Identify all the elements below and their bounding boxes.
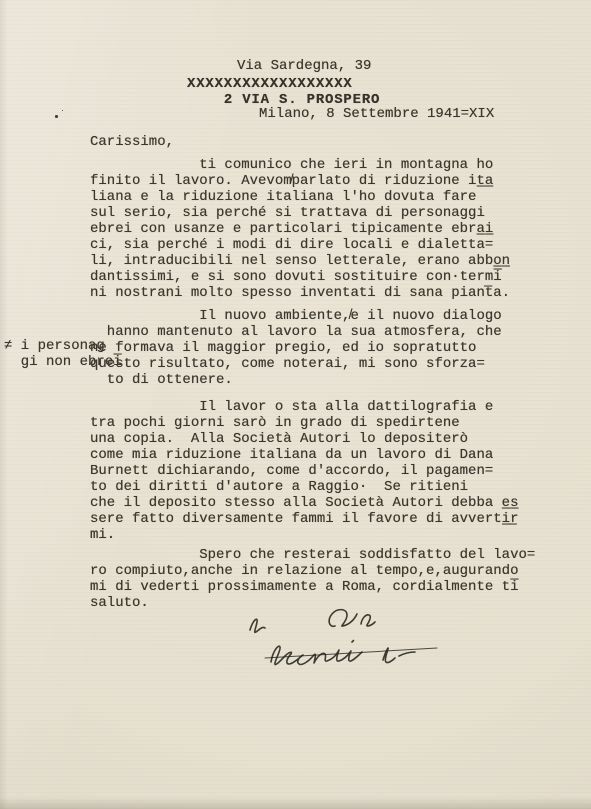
paragraph-3: Il lavor o sta alla dattilografia e tra … bbox=[90, 399, 518, 543]
signature-accent-dot bbox=[352, 641, 354, 643]
dateline: Milano, 8 Settembre 1941=XIX bbox=[259, 106, 494, 122]
paragraph-1: ti comunico che ieri in montagna ho fini… bbox=[90, 157, 510, 301]
signature-stroke-1 bbox=[250, 619, 265, 632]
signature bbox=[235, 598, 450, 683]
sender-address: Via Sardegna, 39 bbox=[237, 58, 371, 74]
letter-page: Via Sardegna, 39 2 VIA S. PROSPERO XXXXX… bbox=[0, 0, 591, 809]
paragraph-2: Il nuovo ambiente,̸e il nuovo dialogo ha… bbox=[90, 308, 502, 388]
ink-speck bbox=[55, 115, 58, 118]
crossout-x-overlay: XXXXXXXXXXXXXXXXXX bbox=[187, 76, 353, 92]
salutation: Carissimo, bbox=[90, 134, 174, 150]
signature-stroke-2 bbox=[329, 610, 375, 627]
